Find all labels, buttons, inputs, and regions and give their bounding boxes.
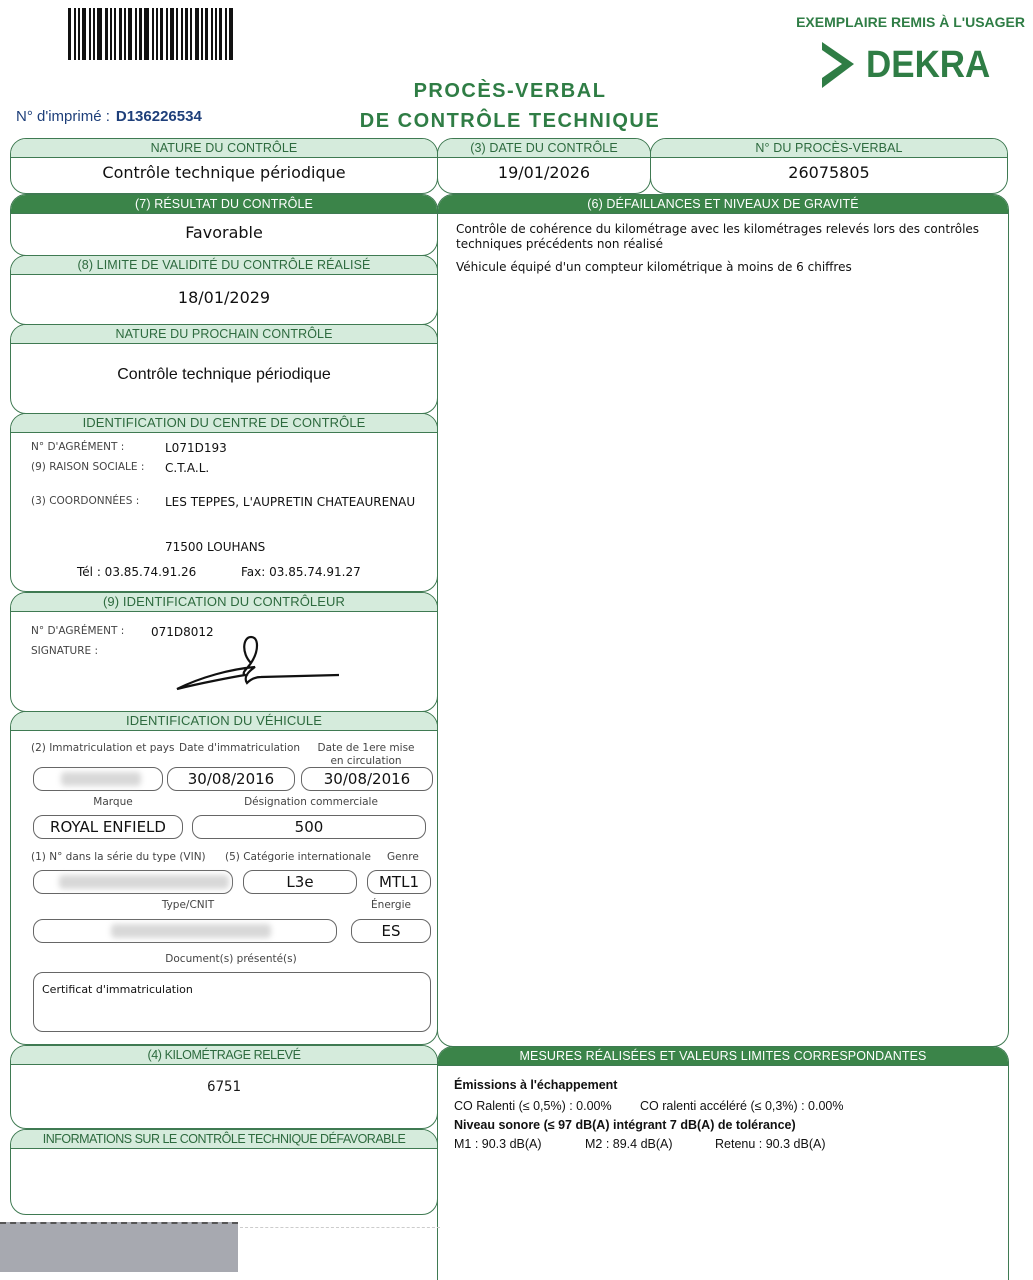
barcode	[68, 8, 280, 60]
date-controle-value: 19/01/2026	[438, 163, 650, 182]
torn-paper-edge	[0, 1222, 238, 1272]
nature-controle-box: NATURE DU CONTRÔLE Contrôle technique pé…	[10, 138, 438, 194]
prochain-controle-label: NATURE DU PROCHAIN CONTRÔLE	[11, 325, 437, 344]
centre-tel: Tél : 03.85.74.91.26	[77, 565, 196, 579]
resultat-value: Favorable	[11, 223, 437, 242]
co-ralenti-accelere: CO ralenti accéléré (≤ 0,3%) : 0.00%	[640, 1099, 843, 1113]
barcode-bar	[105, 8, 108, 60]
barcode-bar	[89, 8, 91, 60]
limite-validite-label: (8) LIMITE DE VALIDITÉ DU CONTRÔLE RÉALI…	[11, 256, 437, 275]
barcode-bar	[74, 8, 76, 60]
barcode-bar	[225, 8, 227, 60]
centre-label: IDENTIFICATION DU CENTRE DE CONTRÔLE	[11, 414, 437, 433]
barcode-bar	[78, 8, 80, 60]
defaillance-item-1: Contrôle de cohérence du kilométrage ave…	[456, 222, 996, 252]
centre-box: IDENTIFICATION DU CENTRE DE CONTRÔLE N° …	[10, 413, 438, 592]
immat-label: (2) Immatriculation et pays	[31, 742, 174, 754]
marque-label: Marque	[33, 796, 193, 808]
document-title-line1: PROCÈS-VERBAL	[360, 80, 660, 103]
date-immat-field: 30/08/2016	[167, 767, 295, 791]
centre-coord-label: (3) COORDONNÉES :	[31, 495, 139, 507]
barcode-bar	[201, 8, 203, 60]
defaillances-label: (6) DÉFAILLANCES ET NIVEAUX DE GRAVITÉ	[438, 195, 1008, 214]
barcode-bar	[119, 8, 122, 60]
limite-validite-value: 18/01/2029	[11, 288, 437, 307]
vehicule-label: IDENTIFICATION DU VÉHICULE	[11, 712, 437, 731]
brand-name: DEKRA	[866, 44, 990, 87]
kilometrage-box: (4) KILOMÉTRAGE RELEVÉ 6751	[10, 1045, 438, 1129]
barcode-bar	[160, 8, 163, 60]
categorie-label: (5) Catégorie internationale	[225, 851, 371, 863]
barcode-bar	[185, 8, 188, 60]
barcode-bar	[135, 8, 137, 60]
vehicule-box: IDENTIFICATION DU VÉHICULE (2) Immatricu…	[10, 711, 438, 1045]
document-title-line2: DE CONTRÔLE TECHNIQUE	[340, 110, 680, 133]
centre-agrement-label: N° D'AGRÉMENT :	[31, 441, 124, 453]
barcode-bar	[190, 8, 192, 60]
controleur-label: (9) IDENTIFICATION DU CONTRÔLEUR	[11, 593, 437, 612]
numero-pv-value: 26075805	[651, 163, 1007, 182]
date-mec-field: 30/08/2016	[301, 767, 433, 791]
type-label: Type/CNIT	[33, 899, 343, 911]
barcode-bar	[181, 8, 183, 60]
date-controle-box: (3) DATE DU CONTRÔLE 19/01/2026	[437, 138, 651, 194]
genre-label: Genre	[387, 851, 419, 863]
barcode-bar	[124, 8, 126, 60]
print-number: N° d'imprimé :D136226534	[16, 108, 202, 125]
signature-mark	[171, 633, 341, 693]
nature-controle-value: Contrôle technique périodique	[11, 163, 437, 182]
barcode-bar	[97, 8, 102, 60]
designation-field: 500	[192, 815, 426, 839]
barcode-bar	[211, 8, 213, 60]
kilometrage-label: (4) KILOMÉTRAGE RELEVÉ	[11, 1046, 437, 1065]
centre-raison-label: (9) RAISON SOCIALE :	[31, 461, 144, 473]
barcode-bar	[144, 8, 149, 60]
barcode-bar	[128, 8, 132, 60]
barcode-bar	[215, 8, 217, 60]
niveau-sonore-title: Niveau sonore (≤ 97 dB(A) intégrant 7 dB…	[454, 1118, 796, 1132]
barcode-bar	[156, 8, 158, 60]
controleur-box: (9) IDENTIFICATION DU CONTRÔLEUR N° D'AG…	[10, 592, 438, 712]
date-controle-label: (3) DATE DU CONTRÔLE	[438, 139, 650, 158]
resultat-box: (7) RÉSULTAT DU CONTRÔLE Favorable	[10, 194, 438, 256]
date-immat-label: Date d'immatriculation	[179, 742, 300, 754]
designation-label: Désignation commerciale	[191, 796, 431, 808]
genre-field: MTL1	[367, 870, 431, 894]
type-cnit-redacted	[111, 924, 271, 938]
centre-raison-value: C.T.A.L.	[165, 461, 209, 475]
signature-label: SIGNATURE :	[31, 645, 98, 657]
print-number-value: D136226534	[116, 108, 202, 125]
barcode-bar	[139, 8, 142, 60]
barcode-bar	[229, 8, 233, 60]
defavorable-label: INFORMATIONS SUR LE CONTRÔLE TECHNIQUE D…	[11, 1130, 437, 1149]
vin-redacted	[59, 875, 229, 889]
barcode-bar	[114, 8, 116, 60]
numero-pv-label: N° DU PROCÈS-VERBAL	[651, 139, 1007, 158]
fold-line	[240, 1227, 440, 1228]
emissions-title: Émissions à l'échappement	[454, 1078, 617, 1092]
date-mec-label: Date de 1ere mise en circulation	[311, 742, 421, 768]
barcode-bar	[166, 8, 168, 60]
resultat-label: (7) RÉSULTAT DU CONTRÔLE	[11, 195, 437, 214]
defaillance-item-2: Véhicule équipé d'un compteur kilométriq…	[456, 260, 996, 274]
co-ralenti: CO Ralenti (≤ 0,5%) : 0.00%	[454, 1099, 612, 1113]
mesure-m2: M2 : 89.4 dB(A)	[585, 1137, 673, 1151]
centre-adresse1: LES TEPPES, L'AUPRETIN CHATEAURENAU	[165, 495, 415, 509]
vin-label: (1) N° dans la série du type (VIN)	[31, 851, 206, 863]
limite-validite-box: (8) LIMITE DE VALIDITÉ DU CONTRÔLE RÉALI…	[10, 255, 438, 325]
barcode-bar	[82, 8, 86, 60]
numero-pv-box: N° DU PROCÈS-VERBAL 26075805	[650, 138, 1008, 194]
barcode-bar	[93, 8, 95, 60]
barcode-bar	[170, 8, 174, 60]
categorie-field: L3e	[243, 870, 357, 894]
barcode-bar	[205, 8, 208, 60]
barcode-bar	[152, 8, 154, 60]
centre-adresse2: 71500 LOUHANS	[165, 540, 265, 554]
barcode-bar	[176, 8, 178, 60]
barcode-bar	[68, 8, 71, 60]
documents-field: Certificat d'immatriculation	[33, 972, 431, 1032]
dekra-logo: DEKRA	[820, 42, 1001, 88]
energie-label: Énergie	[351, 899, 431, 911]
nature-controle-label: NATURE DU CONTRÔLE	[11, 139, 437, 158]
mesure-retenu: Retenu : 90.3 dB(A)	[715, 1137, 825, 1151]
controleur-agrement-label: N° D'AGRÉMENT :	[31, 625, 124, 637]
immat-redacted	[61, 772, 141, 786]
prochain-controle-box: NATURE DU PROCHAIN CONTRÔLE Contrôle tec…	[10, 324, 438, 414]
barcode-bar	[195, 8, 199, 60]
mesures-label: MESURES RÉALISÉES ET VALEURS LIMITES COR…	[438, 1047, 1008, 1066]
documents-value: Certificat d'immatriculation	[42, 983, 193, 996]
marque-field: ROYAL ENFIELD	[33, 815, 183, 839]
energie-field: ES	[351, 919, 431, 943]
mesures-box: MESURES RÉALISÉES ET VALEURS LIMITES COR…	[437, 1046, 1009, 1280]
print-number-label: N° d'imprimé :	[16, 108, 110, 125]
documents-label: Document(s) présenté(s)	[33, 953, 429, 965]
defaillances-box: (6) DÉFAILLANCES ET NIVEAUX DE GRAVITÉ C…	[437, 194, 1009, 1047]
mesure-m1: M1 : 90.3 dB(A)	[454, 1137, 542, 1151]
barcode-bar	[219, 8, 222, 60]
copy-notice: EXEMPLAIRE REMIS À L'USAGER	[780, 14, 1025, 30]
defavorable-box: INFORMATIONS SUR LE CONTRÔLE TECHNIQUE D…	[10, 1129, 438, 1215]
kilometrage-value: 6751	[11, 1079, 437, 1095]
dekra-arrow-icon	[820, 42, 856, 88]
barcode-bar	[110, 8, 112, 60]
centre-agrement-value: L071D193	[165, 441, 227, 455]
centre-fax: Fax: 03.85.74.91.27	[241, 565, 361, 579]
prochain-controle-value: Contrôle technique périodique	[11, 366, 437, 384]
